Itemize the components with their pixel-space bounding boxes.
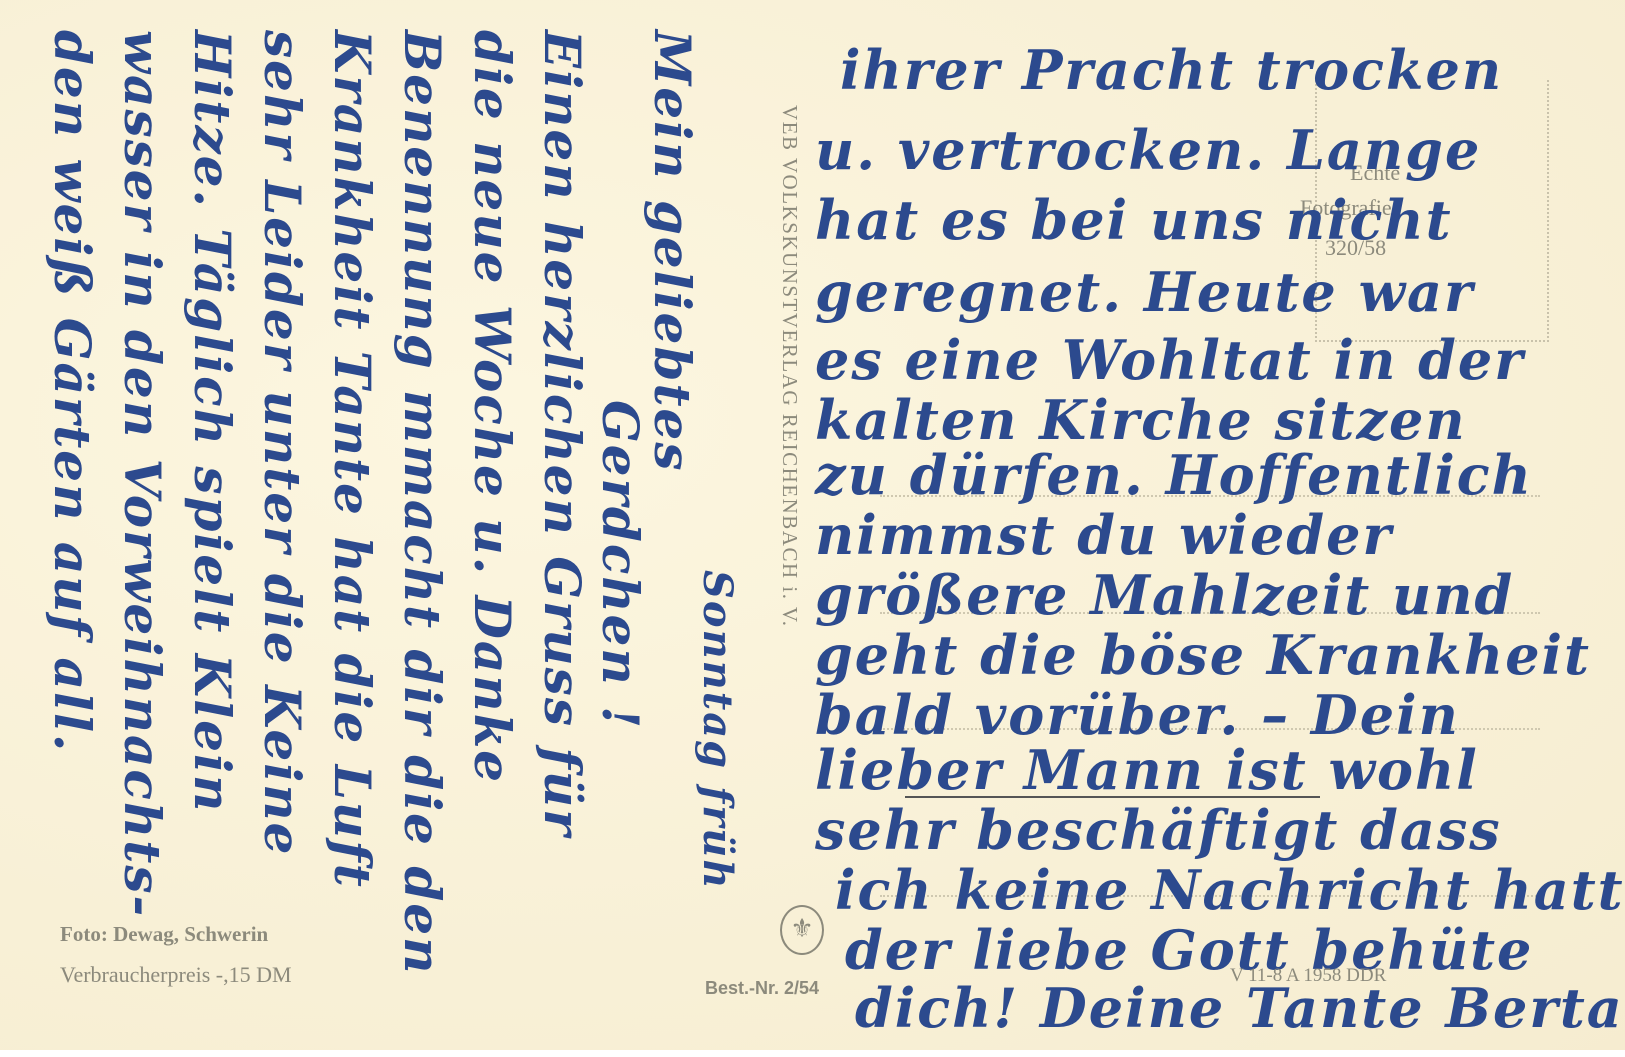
- price-label: Verbraucherpreis -,15 DM: [60, 962, 292, 988]
- publisher-logo-icon: ⚜: [780, 905, 824, 955]
- message-line-3: hat es bei uns nicht: [815, 190, 1453, 250]
- message-column-3: Einen herzlichen Gruss für: [534, 30, 590, 838]
- order-number: Best.-Nr. 2/54: [705, 978, 819, 999]
- message-line-16: dich! Deine Tante Berta.: [855, 978, 1625, 1038]
- message-column-1: Mein geliebtes: [644, 30, 700, 473]
- message-line-2: u. vertrocken. Lange: [815, 120, 1481, 180]
- message-line-11: bald vorüber. – Dein: [815, 685, 1460, 745]
- message-line-7: zu dürfen. Hoffentlich: [815, 445, 1533, 505]
- message-line-12: lieber Mann ist wohl: [815, 740, 1479, 800]
- message-line-14: ich keine Nachricht hatte: [835, 860, 1625, 920]
- message-line-1: ihrer Pracht trocken: [840, 40, 1503, 100]
- postcard-back: Mein geliebtes Sonntag früh Gerdchen ! E…: [0, 0, 1625, 1050]
- message-column-9: wasser in den Vorweihnachts-: [114, 30, 170, 918]
- message-line-6: kalten Kirche sitzen: [815, 390, 1467, 450]
- message-column-8: Hitze. Täglich spielt Klein: [184, 30, 240, 813]
- message-line-9: größere Mahlzeit und: [815, 565, 1514, 625]
- message-column-date: Sonntag früh: [689, 570, 745, 890]
- message-line-13: sehr beschäftigt dass: [815, 800, 1502, 860]
- message-column-6: Krankheit Tante hat die Luft: [324, 30, 380, 889]
- message-column-5: Benennung mmacht dir die den: [394, 30, 450, 976]
- message-line-5: es eine Wohltat in der: [815, 330, 1525, 390]
- message-column-2: Gerdchen !: [592, 400, 648, 730]
- message-column-4: die neue Woche u. Danke: [464, 30, 520, 784]
- message-line-8: nimmst du wieder: [815, 505, 1393, 565]
- message-line-10: geht die böse Krankheit: [815, 625, 1591, 685]
- publisher-imprint: VEB VOLKSKUNSTVERLAG REICHENBACH i. V.: [777, 105, 802, 628]
- message-line-15: der liebe Gott behüte: [845, 920, 1533, 980]
- message-column-7: sehr Leider unter die Keine: [254, 30, 310, 856]
- photo-credit: Foto: Dewag, Schwerin: [60, 922, 268, 947]
- license-number: V 11-8 A 1958 DDR: [1230, 965, 1386, 987]
- message-column-10: den weiß Gärten auf all.: [44, 30, 100, 753]
- message-line-4: geregnet. Heute war: [815, 262, 1475, 322]
